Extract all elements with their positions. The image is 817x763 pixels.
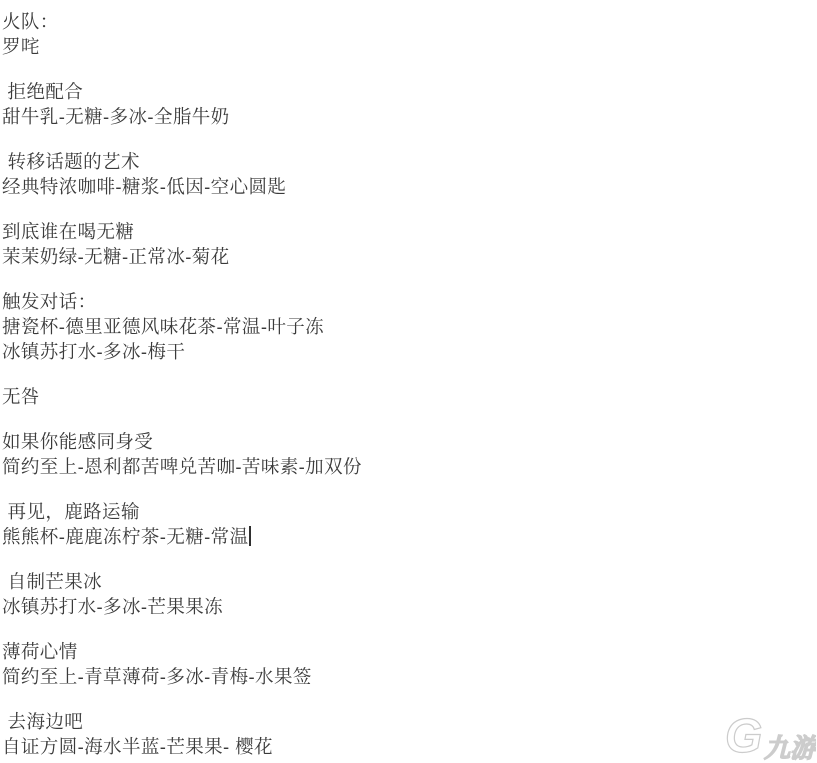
entry-group: 转移话题的艺术 经典特浓咖啡-糖浆-低因-空心圆匙 bbox=[2, 149, 817, 199]
text-line: 如果你能感同身受 bbox=[2, 429, 817, 454]
entry-group: 到底谁在喝无糖 茉茉奶绿-无糖-正常冰-菊花 bbox=[2, 219, 817, 269]
text-editor-area[interactable]: 火队： 罗咤 拒绝配合 甜牛乳-无糖-多冰-全脂牛奶 转移话题的艺术 经典特浓咖… bbox=[0, 0, 817, 763]
entry-group: 火队： 罗咤 bbox=[2, 9, 817, 59]
text-line: 去海边吧 bbox=[2, 709, 817, 734]
text-line: 简约至上-恩利都苦啤兑苦咖-苦味素-加双份 bbox=[2, 454, 817, 479]
entry-group: 如果你能感同身受 简约至上-恩利都苦啤兑苦咖-苦味素-加双份 bbox=[2, 429, 817, 479]
entry-group: 触发对话： 搪瓷杯-德里亚德风味花茶-常温-叶子冻 冰镇苏打水-多冰-梅干 bbox=[2, 289, 817, 364]
text-line: 搪瓷杯-德里亚德风味花茶-常温-叶子冻 bbox=[2, 314, 817, 339]
text-line: 转移话题的艺术 bbox=[2, 149, 817, 174]
text-line: 无咎 bbox=[2, 384, 817, 409]
entry-group: 再见，鹿路运输 熊熊杯-鹿鹿冻柠茶-无糖-常温 bbox=[2, 499, 817, 549]
text-cursor bbox=[249, 526, 251, 546]
text-line: 冰镇苏打水-多冰-芒果果冻 bbox=[2, 594, 817, 619]
text-line: 薄荷心情 bbox=[2, 639, 817, 664]
text-line: 再见，鹿路运输 bbox=[2, 499, 817, 524]
entry-group: 无咎 bbox=[2, 384, 817, 409]
text-line: 经典特浓咖啡-糖浆-低因-空心圆匙 bbox=[2, 174, 817, 199]
text-line-content: 熊熊杯-鹿鹿冻柠茶-无糖-常温 bbox=[2, 526, 248, 547]
text-line: 火队： bbox=[2, 9, 817, 34]
text-line: 简约至上-青草薄荷-多冰-青梅-水果签 bbox=[2, 664, 817, 689]
text-line: 到底谁在喝无糖 bbox=[2, 219, 817, 244]
text-line: 触发对话： bbox=[2, 289, 817, 314]
text-line: 冰镇苏打水-多冰-梅干 bbox=[2, 339, 817, 364]
entry-group: 自制芒果冰 冰镇苏打水-多冰-芒果果冻 bbox=[2, 569, 817, 619]
text-line: 自证方圆-海水半蓝-芒果果- 樱花 bbox=[2, 734, 817, 759]
entry-group: 拒绝配合 甜牛乳-无糖-多冰-全脂牛奶 bbox=[2, 79, 817, 129]
entry-group: 薄荷心情 简约至上-青草薄荷-多冰-青梅-水果签 bbox=[2, 639, 817, 689]
text-line: 茉茉奶绿-无糖-正常冰-菊花 bbox=[2, 244, 817, 269]
text-line: 甜牛乳-无糖-多冰-全脂牛奶 bbox=[2, 104, 817, 129]
text-line: 熊熊杯-鹿鹿冻柠茶-无糖-常温 bbox=[2, 524, 817, 549]
entry-group: 去海边吧 自证方圆-海水半蓝-芒果果- 樱花 bbox=[2, 709, 817, 759]
text-line: 罗咤 bbox=[2, 34, 817, 59]
text-line: 拒绝配合 bbox=[2, 79, 817, 104]
text-line: 自制芒果冰 bbox=[2, 569, 817, 594]
